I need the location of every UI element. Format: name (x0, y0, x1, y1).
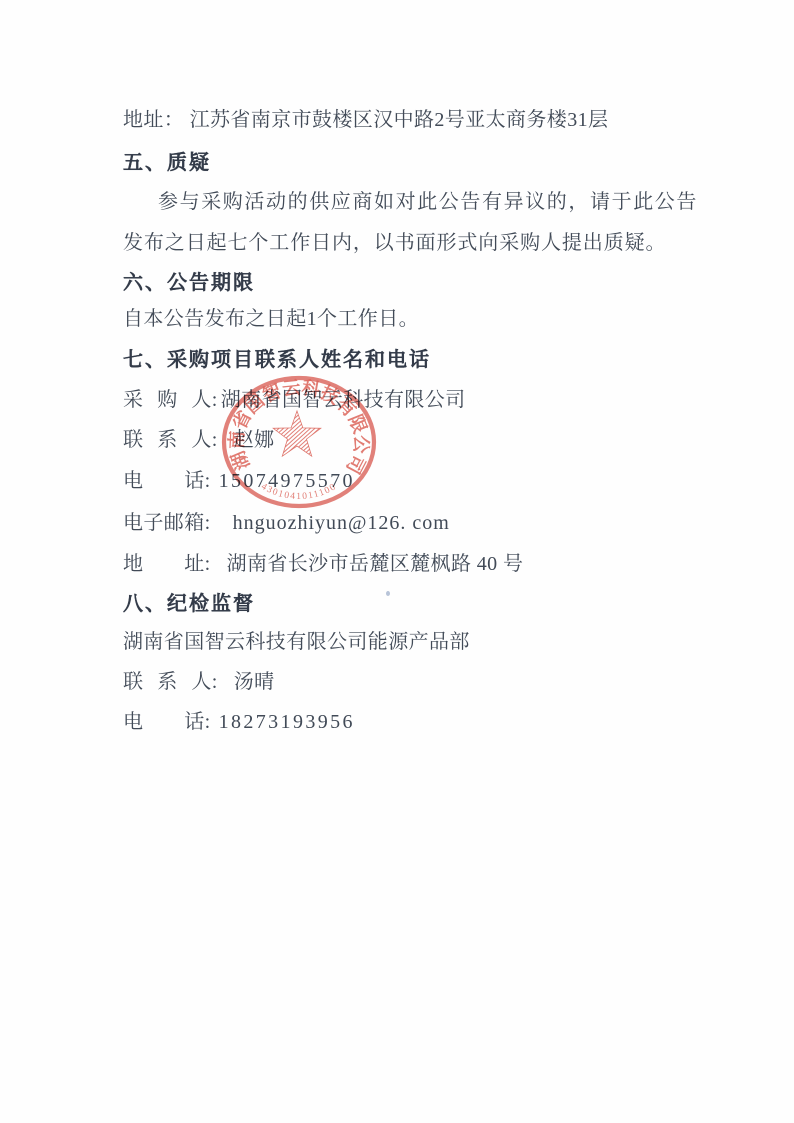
supervision-contact-line: 联 系 人:汤晴 (123, 670, 275, 695)
seal-serial-number: 4301041011100 (259, 482, 338, 502)
section-6-heading: 六、公告期限 (123, 271, 255, 296)
supervision-phone-label: 电 话: (123, 711, 211, 733)
supervision-contact-label: 联 系 人: (123, 671, 218, 693)
address-line-changsha: 地 址:湖南省长沙市岳麓区麓枫路 40 号 (123, 552, 523, 577)
document-page: 地址： 江苏省南京市鼓楼区汉中路2号亚太商务楼31层 五、质疑 参与采购活动的供… (0, 0, 794, 1123)
supervision-dept-line: 湖南省国智云科技有限公司能源产品部 (123, 630, 470, 655)
email-label: 电子邮箱: (123, 512, 211, 534)
address-value: 湖南省长沙市岳麓区麓枫路 40 号 (227, 552, 524, 577)
scan-speck (386, 591, 390, 596)
seal-star-icon (273, 411, 321, 456)
supervision-phone-line: 电 话:18273193956 (123, 710, 355, 735)
section-5-paragraph-line-2: 发布之日起七个工作日内，以书面形式向采购人提出质疑。 (123, 231, 666, 256)
supervision-phone-value: 18273193956 (219, 710, 355, 735)
contact-person-label: 联 系 人: (123, 429, 218, 451)
buyer-label: 采 购 人: (123, 389, 218, 411)
section-5-heading: 五、质疑 (123, 151, 211, 176)
phone-label: 电 话: (123, 470, 211, 492)
section-5-paragraph-line-1: 参与采购活动的供应商如对此公告有异议的，请于此公告 (158, 190, 698, 215)
svg-text:4301041011100: 4301041011100 (259, 482, 338, 502)
company-seal-stamp: 湖南省国智云科技有限公司 4301041011100 (213, 366, 385, 518)
address-line-nanjing: 地址： 江苏省南京市鼓楼区汉中路2号亚太商务楼31层 (123, 108, 608, 133)
supervision-contact-value: 汤晴 (234, 670, 275, 695)
section-8-heading: 八、纪检监督 (123, 592, 255, 617)
section-6-paragraph: 自本公告发布之日起1个工作日。 (123, 307, 419, 332)
address-label: 地 址: (123, 553, 211, 575)
